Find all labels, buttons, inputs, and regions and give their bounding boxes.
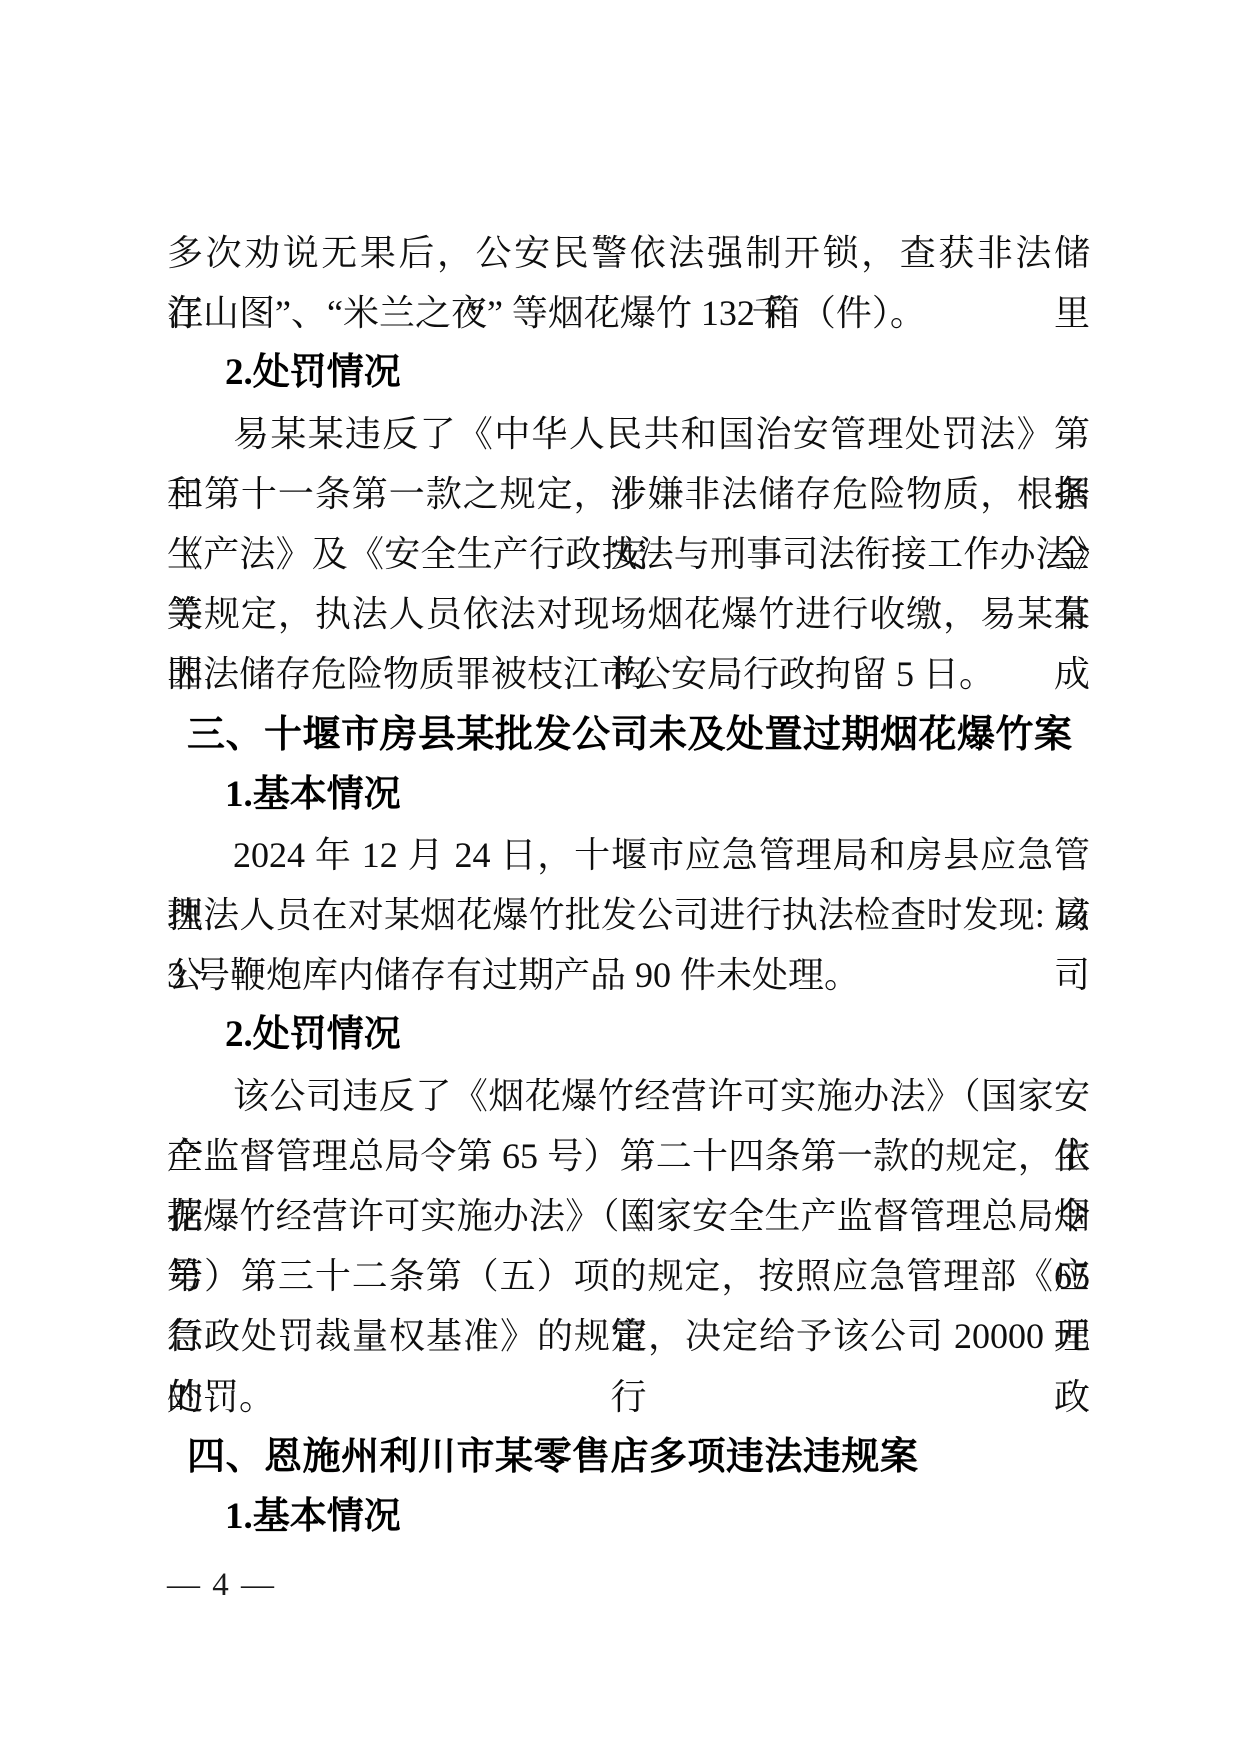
text-line: 号）第三十二条第（五）项的规定，按照应急管理部《应急管理 <box>167 1246 1090 1306</box>
text-line: 多次劝说无果后，公安民警依法强制开锁，查获非法储存“千里 <box>167 223 1090 283</box>
sub-heading: 1.基本情况 <box>167 765 1090 825</box>
text-line: 易某某违反了《中华人民共和国治安管理处罚法》第三十条 <box>167 404 1090 464</box>
text-line: 非法储存危险物质罪被枝江市公安局行政拘留 5 日。 <box>167 644 1090 704</box>
section-heading: 三、十堰市房县某批发公司未及处置过期烟花爆竹案 <box>167 705 1090 765</box>
text-line: 花爆竹经营许可实施办法》（国家安全生产监督管理总局令第 65 <box>167 1186 1090 1246</box>
sub-heading: 2.处罚情况 <box>167 343 1090 403</box>
section-heading: 四、恩施州利川市某零售店多项违法违规案 <box>167 1427 1090 1487</box>
text-line: 和第十一条第一款之规定，涉嫌非法储存危险物质，根据《安全 <box>167 464 1090 524</box>
text-line: 该公司违反了《烟花爆竹经营许可实施办法》（国家安全生 <box>167 1066 1090 1126</box>
sub-heading: 1.基本情况 <box>167 1487 1090 1547</box>
document-page: 多次劝说无果后，公安民警依法强制开锁，查获非法储存“千里江山图”、“米兰之夜” … <box>0 0 1240 1753</box>
sub-heading: 2.处罚情况 <box>167 1005 1090 1065</box>
text-line: 2024 年 12 月 24 日，十堰市应急管理局和房县应急管理局 <box>167 825 1090 885</box>
text-line: 执法人员在对某烟花爆竹批发公司进行执法检查时发现: 该公司 <box>167 885 1090 945</box>
page-number: — 4 — <box>167 1567 276 1603</box>
document-body: 多次劝说无果后，公安民警依法强制开锁，查获非法储存“千里江山图”、“米兰之夜” … <box>167 223 1090 1547</box>
text-line: 产监督管理总局令第 65 号）第二十四条第一款的规定，依据《烟 <box>167 1126 1090 1186</box>
text-line: 行政处罚裁量权基准》的规定，决定给予该公司 20000 元的行政 <box>167 1306 1090 1366</box>
text-line: 生产法》及《安全生产行政执法与刑事司法衔接工作办法》等有 <box>167 524 1090 584</box>
text-line: 关规定，执法人员依法对现场烟花爆竹进行收缴，易某某因构成 <box>167 584 1090 644</box>
page-footer: — 4 — <box>167 1563 276 1607</box>
